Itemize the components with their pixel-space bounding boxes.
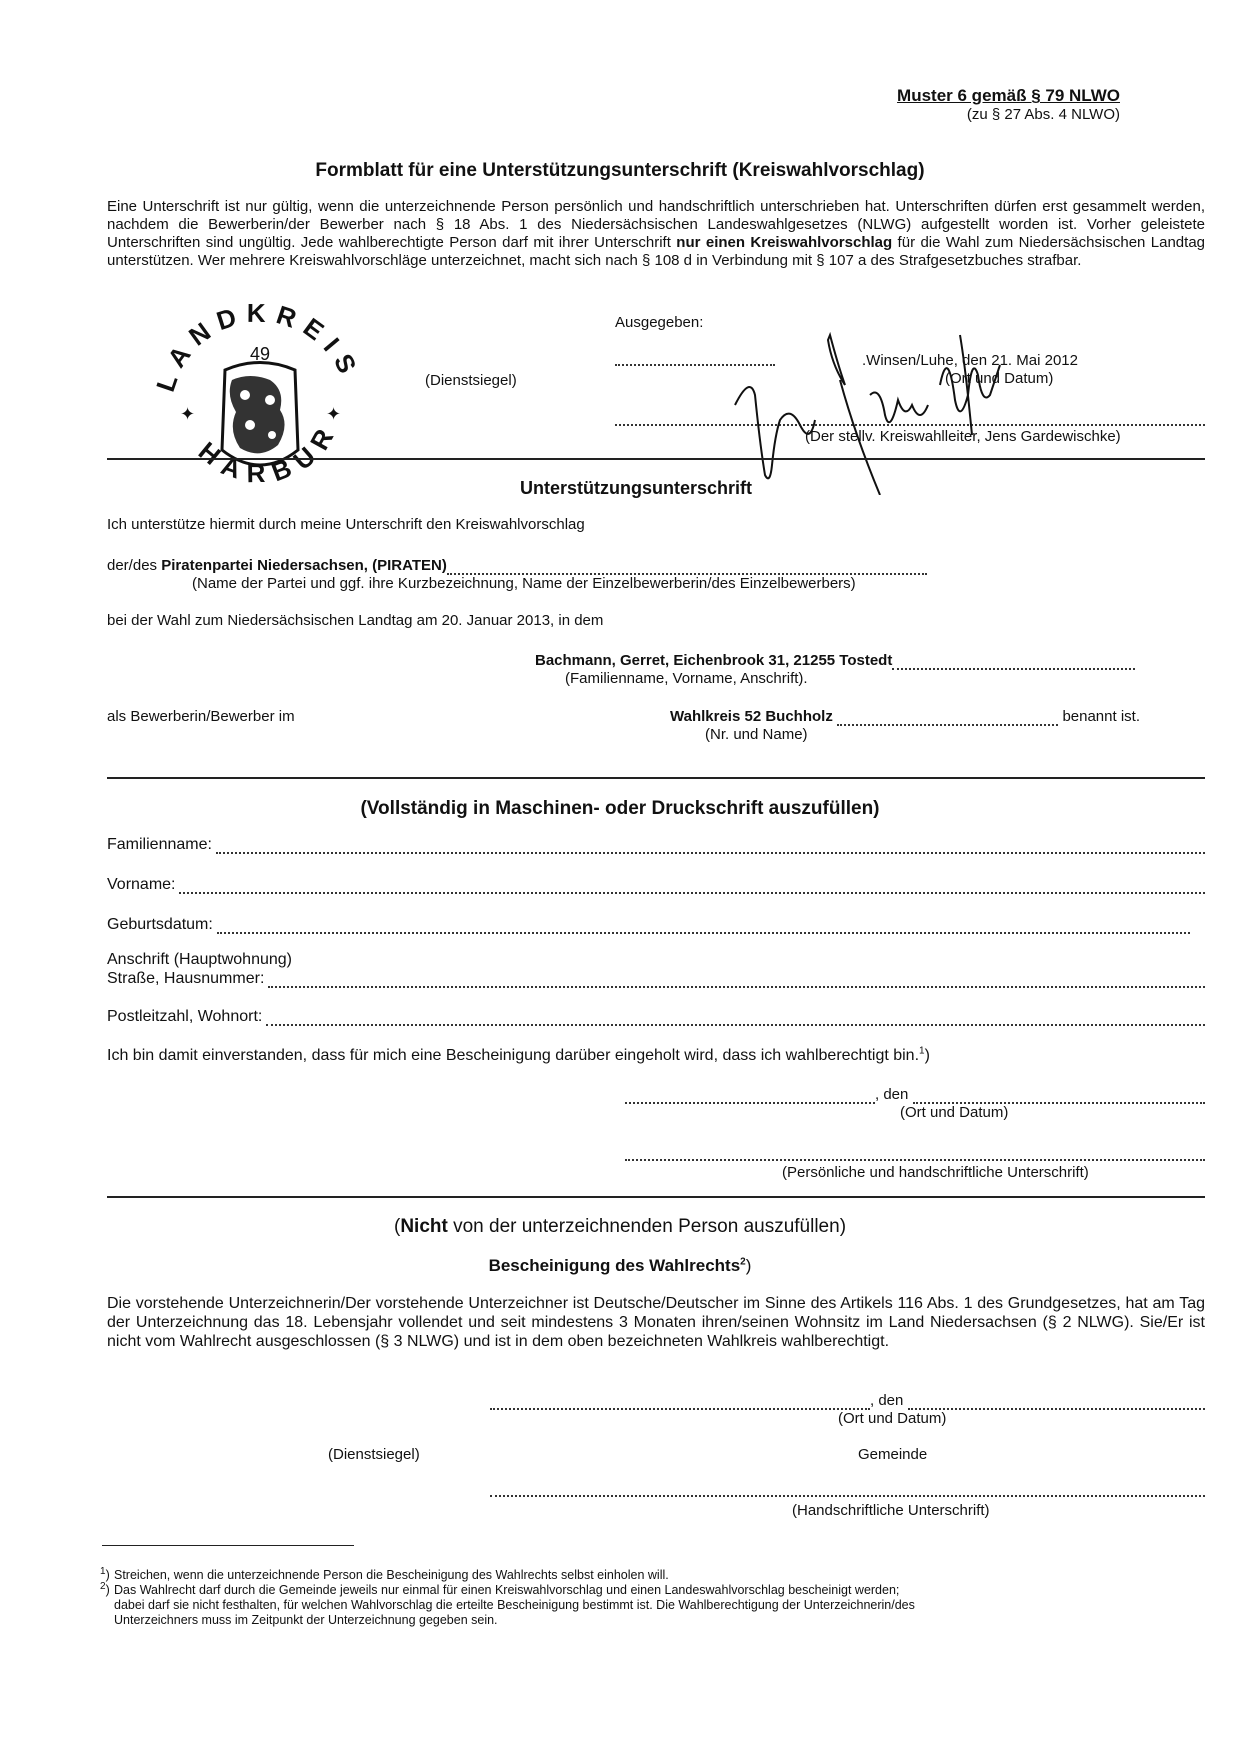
party-prefix: der/des [107,557,157,575]
svg-text:✦: ✦ [326,404,341,424]
seal-icon: LANDKREIS HARBURG 49 ✦ ✦ [150,300,370,510]
field-label: Geburtsdatum: [107,916,213,934]
certification-place-date: , den [490,1392,1205,1410]
intro-paragraph: Eine Unterschrift ist nur gültig, wenn d… [107,198,1205,270]
certification-heading: (Nicht von der unterzeichnenden Person a… [0,1216,1240,1238]
field-label: Vorname: [107,876,175,894]
personal-heading: (Vollständig in Maschinen- oder Drucksch… [0,798,1240,820]
official-seal: LANDKREIS HARBURG 49 ✦ ✦ [150,300,370,510]
cert-date-input-line[interactable] [908,1398,1205,1410]
divider-certification [107,1196,1205,1198]
cert-seal-label: (Dienstsiegel) [328,1446,420,1464]
support-heading: Unterstützungsunterschrift [520,478,752,499]
den-label: , den [875,1086,908,1104]
cert-place-input-line[interactable] [490,1398,870,1410]
certification-text: Die vorstehende Unterzeichnerin/Der vors… [107,1294,1205,1351]
footnote-1: 1)Streichen, wenn die unterzeichnende Pe… [100,1568,920,1583]
as-candidate-label: als Bewerberin/Bewerber im [107,708,295,726]
field-input-line[interactable] [216,840,1205,854]
party-field: der/des Piratenpartei Niedersachsen, (PI… [107,557,927,575]
place-input-line[interactable] [625,1092,875,1104]
field-vorname[interactable]: Vorname: [107,876,1205,894]
support-statement: Ich unterstütze hiermit durch meine Unte… [107,516,585,534]
field-familienname[interactable]: Familienname: [107,836,1205,854]
field-label: Familienname: [107,836,212,854]
footnote-text: Das Wahlrecht darf durch die Gemeinde je… [114,1583,920,1628]
election-line: bei der Wahl zum Niedersächsischen Landt… [107,612,603,630]
consent-text: Ich bin damit einverstanden, dass für mi… [107,1046,930,1065]
page-title: Formblatt für eine Unterstützungsuntersc… [0,160,1240,182]
field-input-line[interactable] [217,920,1190,934]
municipality-label: Gemeinde [858,1446,927,1464]
field-input-line[interactable] [179,880,1205,894]
candidate-field: Bachmann, Gerret, Eichenbrook 31, 21255 … [535,652,1135,670]
field-input-line[interactable] [266,1012,1205,1026]
date-input-line[interactable] [913,1092,1205,1104]
intro-bold-text: nur einen Kreiswahlvorschlag [676,234,892,251]
party-value[interactable]: Piratenpartei Niedersachsen, (PIRATEN) [161,557,447,575]
party-dots [447,563,927,575]
den-label: , den [870,1392,903,1410]
footnote-mark: 1 [100,1566,106,1577]
certification-subheading: Bescheinigung des Wahlrechts2) [0,1256,1240,1276]
issued-label: Ausgegeben: [615,314,703,332]
footnotes: 1)Streichen, wenn die unterzeichnende Pe… [100,1568,920,1628]
personal-signature-line[interactable] [625,1149,1205,1161]
footnote-divider [102,1545,354,1546]
candidate-caption: (Familienname, Vorname, Anschrift). [565,670,808,688]
heading-rest: von der unterzeichnenden Person auszufül… [448,1216,846,1237]
footnote-mark: 2 [100,1581,106,1592]
candidate-dots [892,658,1135,670]
subheading-text: Bescheinigung des Wahlrechts [489,1256,741,1275]
cert-signature-caption: (Handschriftliche Unterschrift) [792,1502,990,1520]
divider-personal [107,777,1205,779]
party-caption: (Name der Partei und ggf. ihre Kurzbezei… [192,575,856,593]
candidate-value[interactable]: Bachmann, Gerret, Eichenbrook 31, 21255 … [535,652,892,670]
personal-place-date-caption: (Ort und Datum) [900,1104,1008,1122]
field-wohnort[interactable]: Postleitzahl, Wohnort: [107,1008,1205,1026]
personal-signature-caption: (Persönliche und handschriftliche Unters… [782,1164,1089,1182]
consent-statement: Ich bin damit einverstanden, dass für mi… [107,1047,919,1064]
footnote-text: Streichen, wenn die unterzeichnende Pers… [114,1568,669,1583]
svg-text:✦: ✦ [180,404,195,424]
district-caption: (Nr. und Name) [705,726,808,744]
cert-signature-line[interactable] [490,1485,1205,1497]
personal-place-date: , den [625,1086,1205,1104]
footnote-2: 2)Das Wahlrecht darf durch die Gemeinde … [100,1583,920,1628]
district-suffix: benannt ist. [1062,708,1140,726]
form-reference: (zu § 27 Abs. 4 NLWO) [967,106,1120,124]
handwritten-signature [720,325,1060,495]
field-label: Postleitzahl, Wohnort: [107,1008,262,1026]
heading-bold: Nicht [400,1216,448,1237]
district-field: Wahlkreis 52 Buchholz benannt ist. [670,708,1140,726]
district-value[interactable]: Wahlkreis 52 Buchholz [670,708,833,726]
district-dots [837,714,1058,726]
footnote-ref-1: 1 [919,1046,925,1057]
field-geburtsdatum[interactable]: Geburtsdatum: [107,916,1190,934]
address-heading: Anschrift (Hauptwohnung) [107,950,292,969]
field-strasse[interactable]: Straße, Hausnummer: [107,970,1205,988]
seal-label: (Dienstsiegel) [425,372,517,390]
field-input-line[interactable] [268,974,1205,988]
cert-place-date-caption: (Ort und Datum) [838,1410,946,1428]
form-number: Muster 6 gemäß § 79 NLWO [897,86,1120,105]
divider-top [107,458,1205,460]
field-label: Straße, Hausnummer: [107,970,264,988]
